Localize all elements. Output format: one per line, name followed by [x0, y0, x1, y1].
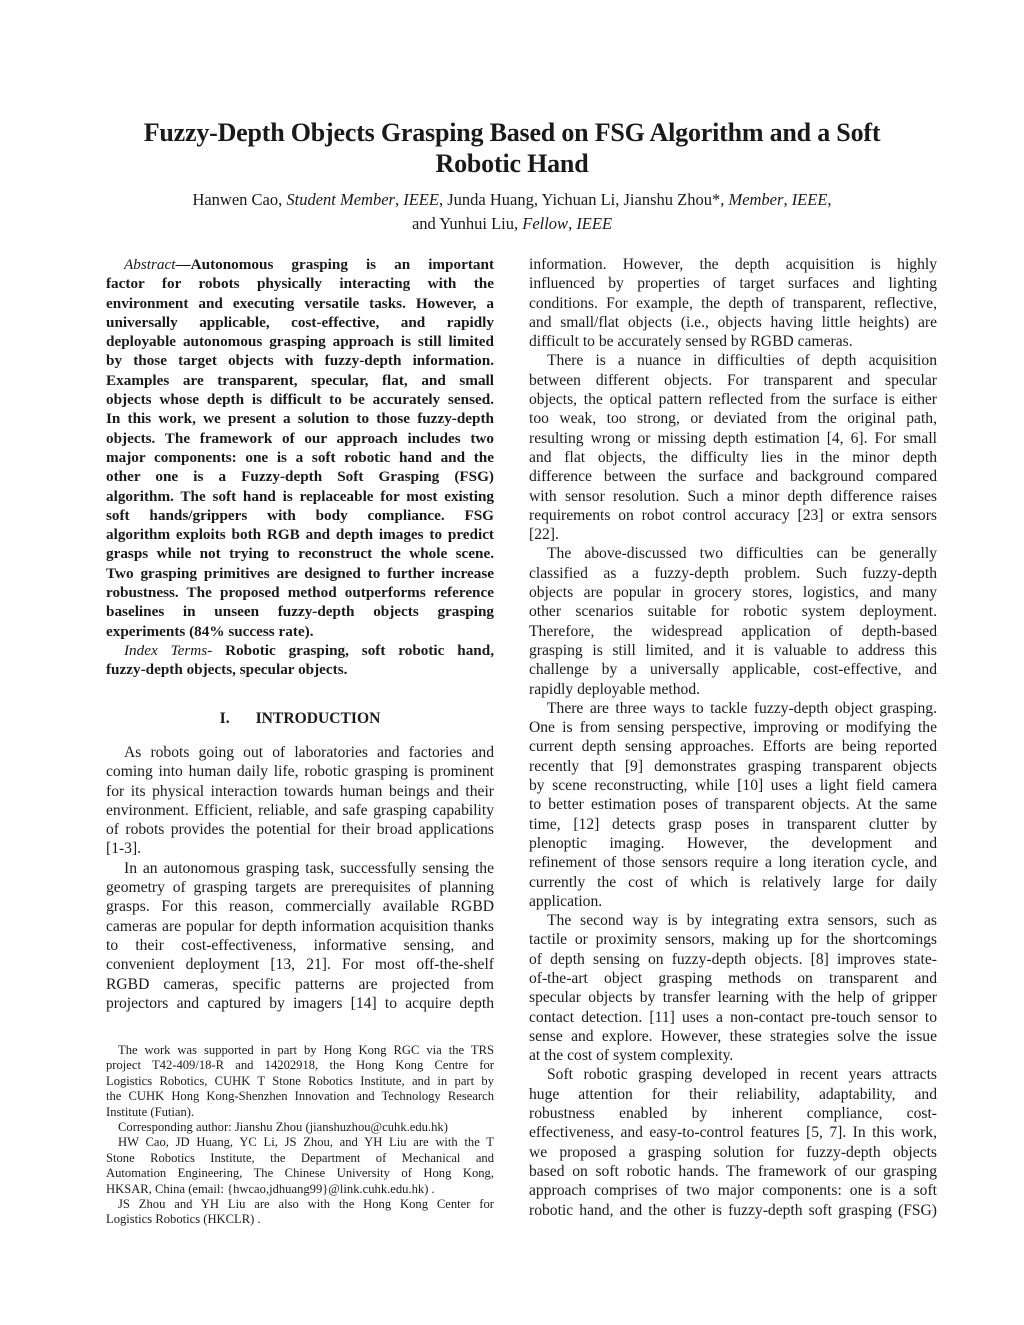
author-segment: ,	[783, 190, 791, 209]
footnote-line: Automation Engineering, The Chinese Univ…	[106, 1166, 494, 1181]
paragraph-line: objects, the optical pattern reflected f…	[529, 390, 937, 409]
introduction-left: As robots going out of laboratories and …	[106, 743, 494, 1013]
author-segment: and Yunhui Liu,	[412, 214, 522, 233]
title-line: Fuzzy-Depth Objects Grasping Based on FS…	[0, 117, 1024, 148]
paragraph-line: sense and explore. However, these strate…	[529, 1027, 937, 1046]
author-line-2: and Yunhui Liu, Fellow, IEEE	[0, 212, 1024, 236]
abstract-line: factor for robots physically interacting…	[106, 274, 494, 293]
paragraph-line: There are three ways to tackle fuzzy-dep…	[529, 699, 937, 718]
footnote-line: Corresponding author: Jianshu Zhou (jian…	[106, 1120, 494, 1135]
paragraph-line: The above-discussed two difficulties can…	[529, 544, 937, 563]
paragraph-line: current depth sensing approaches. Effort…	[529, 737, 937, 756]
paragraph-line: Therefore, the widespread application of…	[529, 622, 937, 641]
footnote-line: project T42-409/18-R and 14202918, the H…	[106, 1058, 494, 1073]
footnote-line: HW Cao, JD Huang, YC Li, JS Zhou, and YH…	[106, 1135, 494, 1150]
abstract-line: experiments (84% success rate).	[106, 622, 494, 641]
paragraph-line: conditions. For example, the depth of tr…	[529, 294, 937, 313]
paragraph-line: other scenarios suitable for robotic sys…	[529, 602, 937, 621]
paragraph-line: information. However, the depth acquisit…	[529, 255, 937, 274]
author-segment: ,	[395, 190, 403, 209]
footnote-line: Institute (Futian).	[106, 1105, 494, 1120]
paragraph-line: contact detection. [11] uses a non-conta…	[529, 1008, 937, 1027]
paragraph-line: One is from sensing perspective, improvi…	[529, 718, 937, 737]
section-heading-introduction: I.INTRODUCTION	[106, 709, 494, 729]
paragraph-line: difference between the surface and backg…	[529, 467, 937, 486]
paragraph-line: robotic hand, and the other is fuzzy-dep…	[529, 1201, 937, 1220]
abstract-line: grasps while not trying to reconstruct t…	[106, 544, 494, 563]
abstract-line: robustness. The proposed method outperfo…	[106, 583, 494, 602]
footnote-line: the CUHK Hong Kong-Shenzhen Innovation a…	[106, 1089, 494, 1104]
paragraph-line: of robots provides the potential for the…	[106, 820, 494, 839]
author-segment: Hanwen Cao,	[192, 190, 286, 209]
abstract-line: Two grasping primitives are designed to …	[106, 564, 494, 583]
index-terms-label: Index Terms-	[124, 642, 212, 659]
author-segment: Student Member	[286, 190, 395, 209]
paragraph-line: application.	[529, 892, 937, 911]
abstract-line: Abstract—Autonomous grasping is an impor…	[106, 255, 494, 274]
title-line: Robotic Hand	[0, 148, 1024, 179]
paragraph-line: currently the cost of which is relativel…	[529, 873, 937, 892]
paragraph-line: between different objects. For transpare…	[529, 371, 937, 390]
paragraph-line: challenge by a universally applicable, c…	[529, 660, 937, 679]
paragraph-line: requirements on robot control accuracy […	[529, 506, 937, 525]
paragraph-line: time, [12] detects grasp poses in transp…	[529, 815, 937, 834]
paragraph-line: for its physical interaction towards hum…	[106, 782, 494, 801]
paragraph-line: too weak, too strong, or deviated from t…	[529, 409, 937, 428]
paragraph-line: plenoptic imaging. However, the developm…	[529, 834, 937, 853]
abstract-line: deployable autonomous grasping approach …	[106, 332, 494, 351]
paragraph-line: [22].	[529, 525, 937, 544]
paragraph-line: In an autonomous grasping task, successf…	[106, 859, 494, 878]
abstract-line: other one is a Fuzzy-depth Soft Grasping…	[106, 467, 494, 486]
paragraph-line: robustness enabled by inherent complianc…	[529, 1104, 937, 1123]
abstract-line: algorithm exploits both RGB and depth im…	[106, 525, 494, 544]
abstract-line: objects whose depth is difficult to be a…	[106, 390, 494, 409]
paragraph-line: There is a nuance in difficulties of dep…	[529, 351, 937, 370]
author-segment: IEEE	[576, 214, 612, 233]
abstract-line: algorithm. The soft hand is replaceable …	[106, 487, 494, 506]
paragraph-line: classified as a fuzzy-depth problem. Suc…	[529, 564, 937, 583]
paragraph-line: at the cost of system complexity.	[529, 1046, 937, 1065]
paragraph-line: huge attention for their reliability, ad…	[529, 1085, 937, 1104]
abstract-line: by those target objects with fuzzy-depth…	[106, 351, 494, 370]
paragraph-line: As robots going out of laboratories and …	[106, 743, 494, 762]
paragraph-line: we proposed a grasping solution for fuzz…	[529, 1143, 937, 1162]
abstract-line: major components: one is a soft robotic …	[106, 448, 494, 467]
paragraph-line: grasping is still limited, and it is val…	[529, 641, 937, 660]
paragraph-line: projectors and captured by imagers [14] …	[106, 994, 494, 1013]
author-segment: Fellow	[522, 214, 568, 233]
abstract-label: Abstract	[124, 256, 175, 273]
footnotes: The work was supported in part by Hong K…	[106, 1043, 494, 1228]
author-segment: Member	[728, 190, 783, 209]
index-terms-line: Index Terms- Robotic grasping, soft robo…	[106, 641, 494, 660]
footnote-line: Logistics Robotics, CUHK T Stone Robotic…	[106, 1074, 494, 1089]
paragraph-line: grasps. For this reason, commercially av…	[106, 897, 494, 916]
paragraph-line: geometry of grasping targets are prerequ…	[106, 878, 494, 897]
paragraph-line: specular objects by transfer learning wi…	[529, 988, 937, 1007]
paragraph-line: coming into human daily life, robotic gr…	[106, 762, 494, 781]
paragraph-line: approach comprises of two major componen…	[529, 1181, 937, 1200]
paragraph-line: tactile or proximity sensors, making up …	[529, 930, 937, 949]
paragraph-line: cameras are popular for depth informatio…	[106, 917, 494, 936]
paragraph-line: effectiveness, and easy-to-control featu…	[529, 1123, 937, 1142]
paragraph-line: based on soft robotic hands. The framewo…	[529, 1162, 937, 1181]
author-segment: , Junda Huang, Yichuan Li, Jianshu Zhou*…	[439, 190, 728, 209]
section-number: I.	[220, 710, 230, 727]
paragraph-line: environment. Efficient, reliable, and sa…	[106, 801, 494, 820]
footnote-line: The work was supported in part by Hong K…	[106, 1043, 494, 1058]
footnote-line: JS Zhou and YH Liu are also with the Hon…	[106, 1197, 494, 1212]
paragraph-line: with sensor resolution. Such a minor dep…	[529, 487, 937, 506]
paragraph-line: refinement of those sensors require a lo…	[529, 853, 937, 872]
index-terms-line: fuzzy-depth objects, specular objects.	[106, 660, 494, 679]
paragraph-line: of depth sensing on fuzzy-depth objects.…	[529, 950, 937, 969]
paragraph-line: RGBD cameras, specific patterns are proj…	[106, 975, 494, 994]
paragraph-line: The second way is by integrating extra s…	[529, 911, 937, 930]
abstract-line: objects. The framework of our approach i…	[106, 429, 494, 448]
paragraph-line: difficult to be accurately sensed by RGB…	[529, 332, 937, 351]
paragraph-line: Soft robotic grasping developed in recen…	[529, 1065, 937, 1084]
footnote-line: HKSAR, China (email: {hwcao,jdhuang99}@l…	[106, 1182, 494, 1197]
footnote-line: Stone Robotics Institute, the Department…	[106, 1151, 494, 1166]
paragraph-line: [1-3].	[106, 839, 494, 858]
footnote-line: Logistics Robotics (HKCLR) .	[106, 1212, 494, 1227]
paragraph-line: resulting wrong or missing depth estimat…	[529, 429, 937, 448]
paragraph-line: and flat objects, the difficulty lies in…	[529, 448, 937, 467]
author-list: Hanwen Cao, Student Member, IEEE, Junda …	[0, 188, 1024, 236]
paragraph-line: recently that [9] demonstrates grasping …	[529, 757, 937, 776]
abstract-line: In this work, we present a solution to t…	[106, 409, 494, 428]
abstract: Abstract—Autonomous grasping is an impor…	[106, 255, 494, 680]
paragraph-line: to their cost-effectiveness, informative…	[106, 936, 494, 955]
section-title: INTRODUCTION	[256, 710, 381, 727]
paragraph-line: convenient deployment [13, 21]. For most…	[106, 955, 494, 974]
paragraph-line: to better estimation poses of transparen…	[529, 795, 937, 814]
introduction-right: information. However, the depth acquisit…	[529, 255, 937, 1220]
paragraph-line: and small/flat objects (i.e., objects ha…	[529, 313, 937, 332]
paper-title: Fuzzy-Depth Objects Grasping Based on FS…	[0, 117, 1024, 179]
abstract-line: universally applicable, cost-effective, …	[106, 313, 494, 332]
paragraph-line: rapidly deployable method.	[529, 680, 937, 699]
abstract-line: Examples are transparent, specular, flat…	[106, 371, 494, 390]
author-line-1: Hanwen Cao, Student Member, IEEE, Junda …	[0, 188, 1024, 212]
paragraph-line: by scene reconstructing, while [10] uses…	[529, 776, 937, 795]
author-segment: IEEE	[403, 190, 439, 209]
author-segment: ,	[827, 190, 831, 209]
abstract-line: baselines in unseen fuzzy-depth objects …	[106, 602, 494, 621]
abstract-line: environment and executing versatile task…	[106, 294, 494, 313]
paragraph-line: of-the-art object grasping methods on tr…	[529, 969, 937, 988]
abstract-line: soft hands/grippers with body compliance…	[106, 506, 494, 525]
author-segment: IEEE	[792, 190, 828, 209]
paragraph-line: influenced by properties of target surfa…	[529, 274, 937, 293]
paragraph-line: objects are popular in grocery stores, l…	[529, 583, 937, 602]
